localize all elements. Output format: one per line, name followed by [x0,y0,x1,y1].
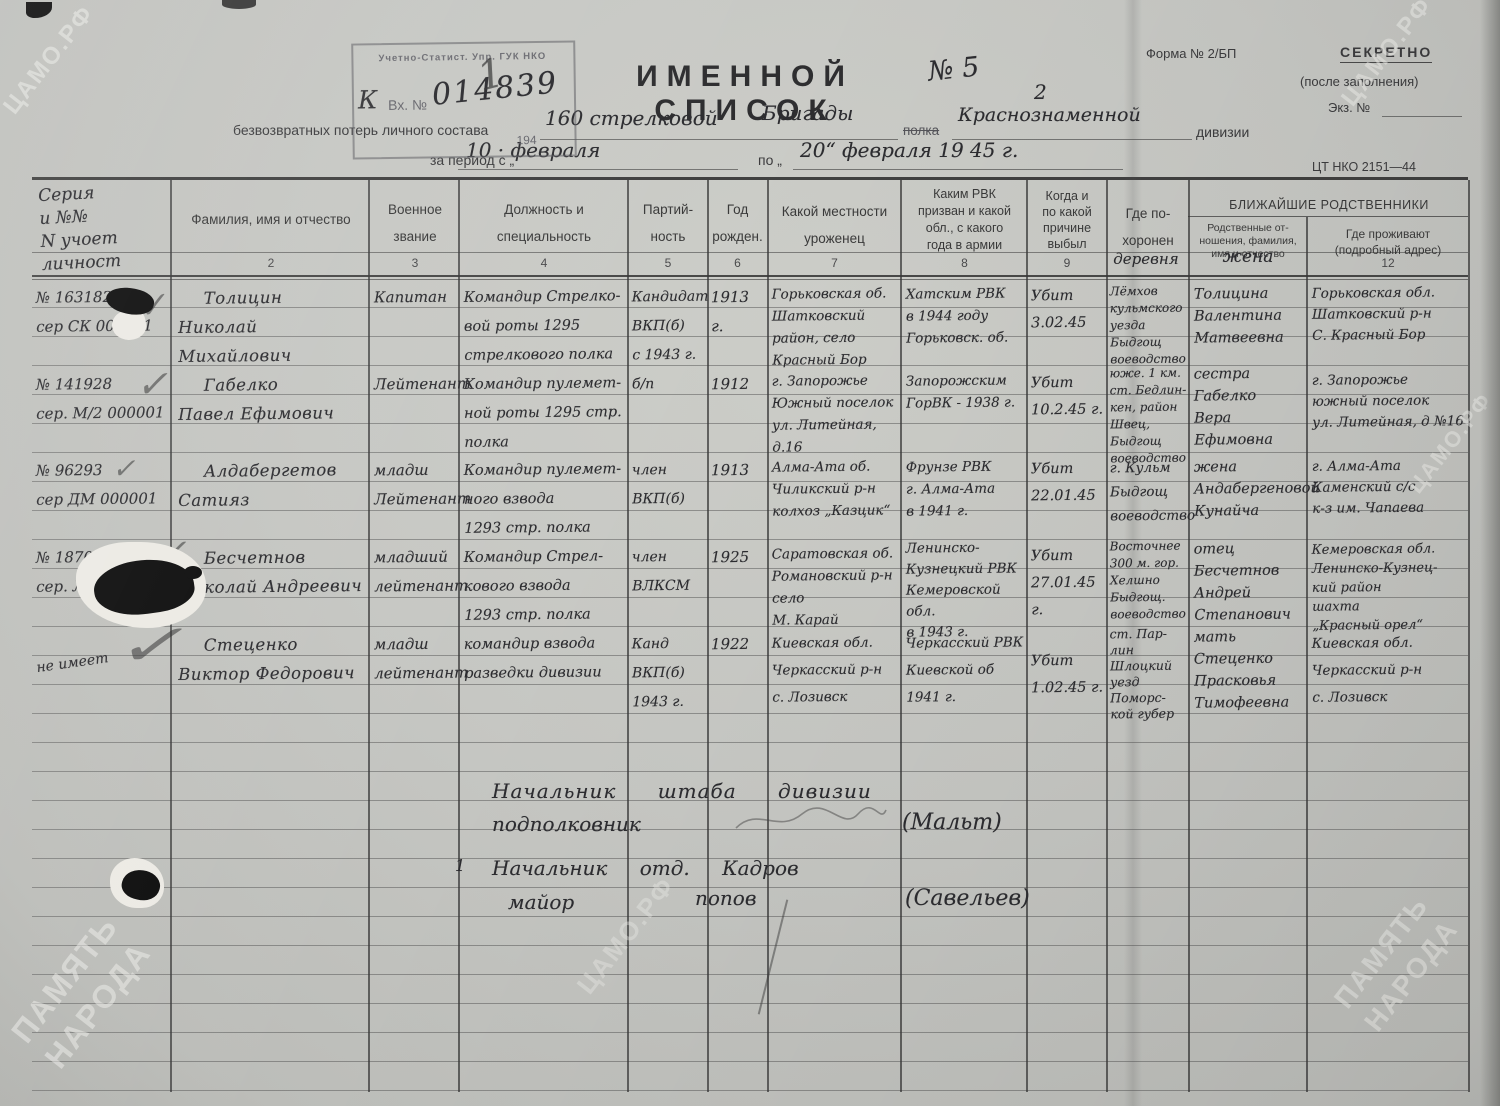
signature2-rank: майор [508,890,574,914]
period-to-label: по „ [758,152,782,168]
column-header-birthplace: Какой местности уроженец [770,198,899,252]
column-header-name: Фамилия, имя и отчество [176,206,366,233]
cell-rvk: Ленинско- Кузнецкий РВК Кемеровской обл.… [905,537,1024,643]
cell-party: Канд ВКП(б) 1943 г. [632,630,706,718]
cell-party: б/п [632,370,705,400]
table-column-divider [1188,180,1190,1092]
column-number: 9 [1029,256,1105,270]
doc-code: ЦТ НКО 2151—44 [1312,160,1416,174]
cell-fate: Убит 3.02.45 [1031,283,1106,338]
table-column-divider [368,180,370,1092]
cell-fate: Убит 1.02.45 г. [1031,648,1106,703]
cell-birthyear: 1922 [711,630,765,660]
table-column-divider [1106,180,1108,1092]
signature2-mark: 1 [455,856,465,875]
cell-fate: Убит 10.2.45 г. [1031,370,1106,425]
registration-stamp: Учетно-Статист. Упр. ГУК НКО К Вх. № 014… [351,40,577,159]
stamp-org-line: Учетно-Статист. Упр. ГУК НКО [363,51,561,65]
cell-party: член ВЛКСМ [632,543,706,602]
signature1-rank: подполковник [492,812,641,836]
paper-damage [222,0,256,9]
cell-position: Командир Стрел- кового взвода 1293 стр. … [464,542,627,631]
cell-name: Толицин Николай Михайлович [178,282,367,371]
signature2-name: (Савельев) [905,886,1030,911]
column-header-rank: Военное звание [372,196,458,250]
signature-scribble [730,800,890,840]
cell-address: г. Запорожье южный поселок ул. Литейная,… [1312,369,1467,434]
column-header-position: Должность и специальность [462,196,626,250]
cell-fate: Убит 27.01.45 г. [1031,543,1106,625]
cell-birthplace: Алма-Ата об. Чиликский р-н колхоз „Казци… [772,455,900,522]
cell-fate: Убит 22.01.45 [1031,456,1106,511]
paper-damage [26,2,52,18]
cell-serial: № 96293 сер ДМ 000001 [36,455,169,514]
column-number: 7 [770,256,899,270]
cell-birthplace: Киевская обл. Черкасский р-н с. Лозивск [772,629,900,711]
cell-birthyear: 1925 [711,543,765,573]
cell-rvk: Хатским РВК в 1944 году Горьковск. об. [906,282,1025,349]
page-edge-shadow [1480,0,1500,1106]
cell-birthplace: г. Запорожье Южный поселок ул. Литейная,… [772,369,900,458]
cell-rank: младш лейтенант [374,630,457,689]
table-column-divider [767,180,769,1092]
cell-party: Кандидат ВКП(б) с 1943 г. [632,283,706,371]
cell-name: Стеценко Виктор Федорович [178,629,367,689]
check-mark: ✓ [136,362,168,406]
cell-rvk: Черкасский РВК Киевской об 1941 г. [906,629,1025,711]
pencil-mark: 2 [1034,80,1047,104]
column-header-fate: Когда и по какой причине выбыл [1029,188,1105,252]
relatives-group-header: БЛИЖАЙШИЕ РОДСТВЕННИКИ [1190,192,1468,219]
cell-relative: сестра Габелко Вера Ефимовна [1194,362,1305,451]
paper-hole [184,566,202,579]
struck-word: полка [903,123,939,138]
column-number: 2 [176,256,366,270]
column-number-handwritten: жена [1192,247,1304,267]
copy-number-line [1382,116,1462,117]
column-number: 8 [904,256,1025,270]
list-number: № 5 [927,51,981,87]
cell-position: Командир пулемет- ной роты 1295 стр. пол… [464,369,627,458]
scanned-document-sheet: ЦАМО.РФ ЦАМО.РФ ЦАМО.РФ ЦАМО.РФ ПАМЯТЬ Н… [0,0,1500,1106]
cell-rank: младший лейтенант [374,543,457,602]
column-header-party: Партий- ность [631,196,705,250]
cell-address: Горьковская обл. Шатковский р-н С. Красн… [1312,282,1467,347]
division-label: дивизии [1196,124,1249,140]
table-column-divider [1306,217,1308,1092]
table-column-divider [900,180,902,1092]
check-mark: ✓ [112,452,135,485]
column-number: 4 [462,256,626,270]
table-top-border [32,177,1468,180]
cell-relative: отец Бесчетнов Андрей Степанович [1194,537,1305,626]
cell-relative: мать Стеценко Прасковья Тимофеевна [1194,625,1305,714]
cell-rank: Лейтенант [374,370,456,400]
column-number: 3 [372,256,458,270]
cell-rvk: Запорожским ГорВК - 1938 г. [906,369,1024,414]
cell-rank: Капитан [374,283,456,313]
table-column-divider [707,180,709,1092]
table-numbers-divider [32,279,1468,280]
stamp-hw-prefix: К [358,85,378,114]
column-number: 6 [709,256,766,270]
cell-name: Бесчетнов Николай Андреевич [178,542,367,602]
signature2-title: Начальник отд. Кадров [492,856,799,880]
stamp-in-label: Вх. № [388,97,427,114]
period-to: 20“ февраля 19 45 г. [800,138,1018,162]
cell-rank: младш Лейтенант [374,456,457,515]
cell-birthplace: Саратовская об. Романовский р-н село М. … [772,542,900,631]
column-header-address: Где проживают (подробный адрес) [1310,226,1466,258]
cell-birthyear: 1913 г. [711,283,766,342]
form-number: Форма № 2/БП [1146,46,1236,61]
column-header-buried: Где по- хоронен [1109,200,1187,254]
column-number-handwritten: деревня [1106,250,1186,268]
table-column-divider [1468,180,1470,1092]
cell-buried: ст. Пар- лин Шлоцкий уезд Поморс- кой гу… [1109,626,1187,723]
cell-birthyear: 1912 [711,370,765,400]
table-column-divider [458,180,460,1092]
cell-position: Командир пулемет- ного взвода 1293 стр. … [464,455,627,544]
cell-position: Командир Стрелко- вой роты 1295 стрелков… [464,282,627,371]
cell-party: член ВКП(б) [632,456,706,515]
stamp-year-stub: 194 [516,133,536,147]
cell-address: Киевская обл. Черкасский р-н с. Лозивск [1312,629,1467,712]
column-number: 5 [631,256,705,270]
unit-handwritten-2: Бригады [762,101,853,125]
cell-buried: Лёмхов кульмского уезда Быдгощ воеводств… [1110,283,1188,369]
cell-birthplace: Горьковская об. Шатковский район, село К… [772,282,900,371]
signature1-name: (Мальт) [902,810,1002,835]
column-number: 12 [1310,256,1466,270]
column-header-rvk: Каким РВК призван и какой обл., с какого… [904,186,1025,254]
cell-buried: г. Кульм Быдгощ воеводство [1110,456,1188,529]
cell-buried: Восточнее 300 м. гор. Хелшно Быдгощ. вое… [1110,538,1188,624]
cell-birthyear: 1913 [711,456,765,486]
table-column-divider [1026,180,1028,1092]
unit-handwritten-3: Краснознаменной [958,104,1141,126]
cell-buried: юже. 1 км. ст. Бедлин- кен, район Швец, … [1109,365,1187,468]
column-header-serial: Серия и №№ N учоет личност [38,181,122,277]
column-header-birthyear: Год рожден. [709,196,766,250]
table-numbers-divider [32,275,1468,277]
signature2-scribble: попов [695,886,756,910]
cell-rvk: Фрунзе РВК г. Алма-Ата в 1941 г. [906,455,1025,522]
watermark: ЦАМО.РФ [0,0,100,120]
cell-relative: жена Андабергеновой Кунайча [1194,455,1305,522]
cell-name: Габелко Павел Ефимович [178,369,367,429]
cell-relative: Толицина Валентина Матвеевна [1194,282,1305,349]
cell-name: Алдабергетов Сатияз [178,455,367,515]
cell-position: командир взвода разведки дивизии [464,629,627,689]
cell-address: Кемеровская обл. Ленинско-Кузнец- кий ра… [1312,539,1467,636]
